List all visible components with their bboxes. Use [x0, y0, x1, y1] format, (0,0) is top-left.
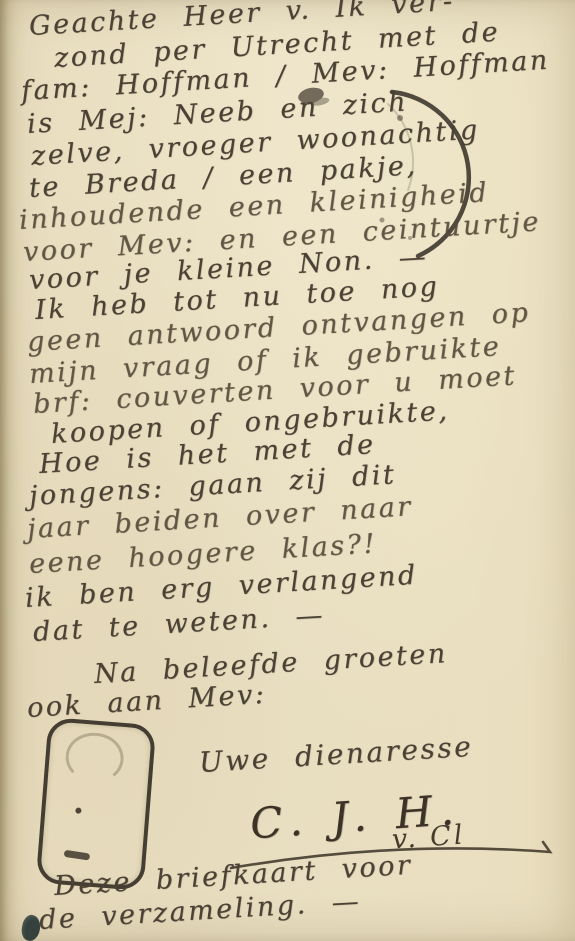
letter-line: ook aan Mev:	[26, 680, 267, 724]
letter-page: Geachte Heer v. Ik ver- zond per Utrecht…	[0, 0, 575, 941]
stamp-dot	[75, 807, 81, 813]
closing-line: Uwe dienaresse	[198, 732, 474, 778]
stamp-outline	[36, 717, 157, 891]
stamp-dash	[64, 850, 91, 861]
stamp-inner-mark	[64, 731, 126, 785]
letter-line: Na beleefde groeten	[93, 639, 448, 690]
